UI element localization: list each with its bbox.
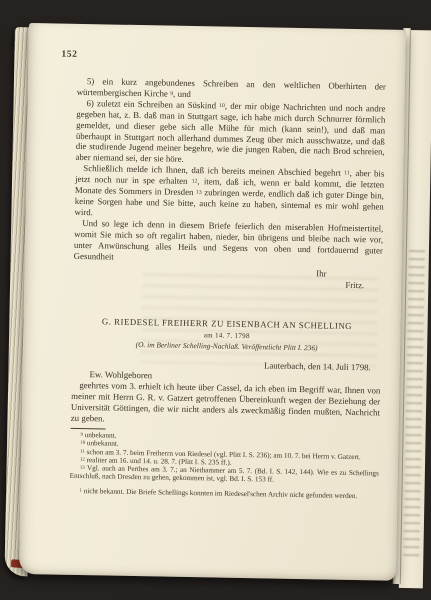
paragraph-abschied: Schließlich melde ich Ihnen, daß ich ber… (74, 163, 384, 223)
letter-closing: Ihr Fritz. (73, 264, 382, 292)
text-segment: 5) ein kurz angebundenes Schreiben an de… (77, 76, 386, 98)
footnote-number: 10 (80, 441, 85, 446)
footnote-number: 12 (80, 457, 85, 462)
footnotes-group-1: 9 unbekannt. 10 unbekannt. 11 schon am 3… (70, 431, 380, 486)
text-segment: Und so lege ich denn in diesem Briefe fe… (74, 218, 384, 261)
footnote-text: unbekannt. (87, 439, 119, 448)
footnote-1: 1 nicht bekannt. Die Briefe Schellings k… (69, 487, 378, 501)
paragraph-hofmeistertitel: Und so lege ich denn in diesem Briefe fe… (74, 218, 384, 267)
footnote-number: 11 (80, 449, 85, 454)
footnote-separator-rule (71, 428, 106, 430)
page-text-column: 5) ein kurz angebundenes Schreiben an de… (69, 76, 386, 501)
footnote-text: unbekannt. (85, 431, 117, 440)
text-segment: , der mir obige Nachrichten und noch and… (75, 100, 385, 164)
footnotes-group-2: 1 nicht bekannt. Die Briefe Schellings k… (69, 487, 378, 501)
book-page: 152 5) ein kurz angebundenes Schreiben a… (19, 23, 406, 581)
page-number: 152 (61, 50, 77, 60)
footnote-number: 9 (80, 433, 82, 438)
numbered-item-6: 6) zuletzt ein Schreiben an Süskind 10, … (75, 98, 385, 169)
footnote-number: 1 (79, 488, 81, 493)
text-segment: , und (173, 89, 191, 99)
letter-body-paragraph: geehrtes vom 3. erhielt ich heute über C… (71, 380, 381, 429)
footnote-number: 13 (80, 466, 85, 471)
scanned-book-photo: 152 5) ein kurz angebundenes Schreiben a… (0, 0, 431, 600)
footnote-text: nicht bekannt. Die Briefe Schellings kon… (84, 487, 358, 500)
